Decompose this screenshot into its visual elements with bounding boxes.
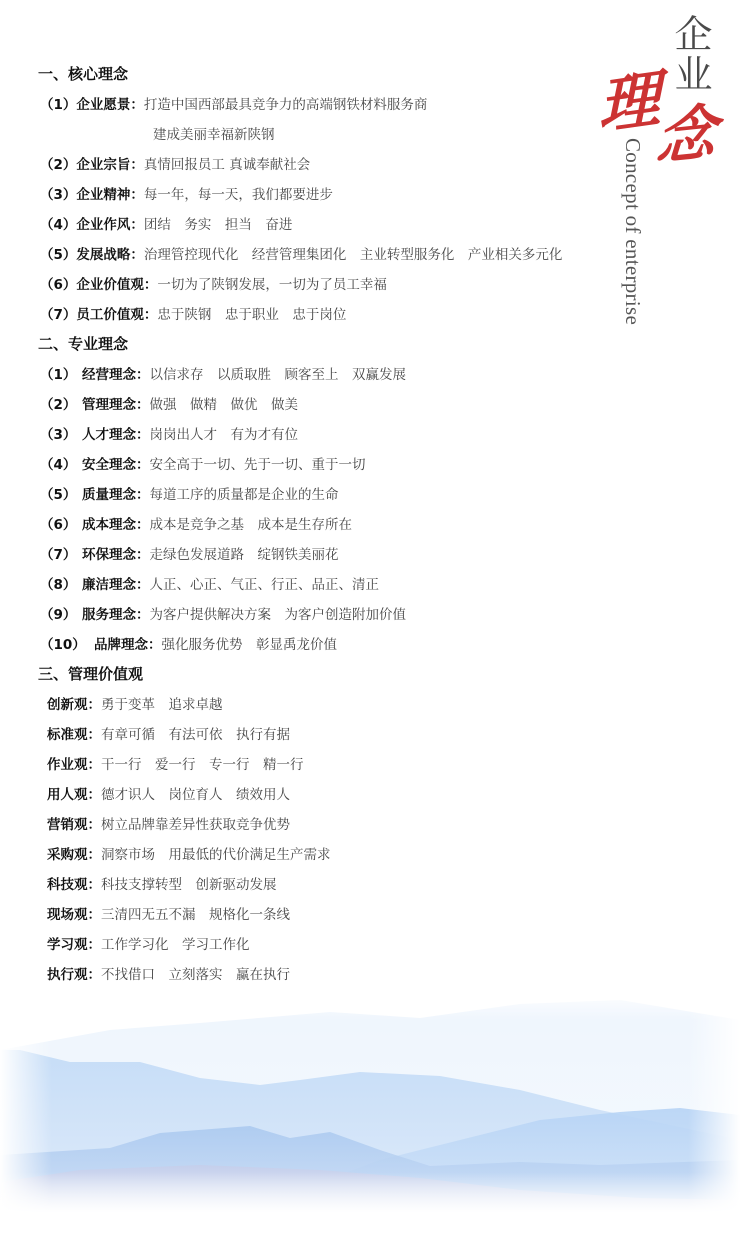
item-value: 一切为了陕钢发展，一切为了员工幸福	[157, 277, 387, 293]
mgmt-item-employment: 用人观：德才识人 岗位育人 绩效用人	[38, 780, 618, 810]
title-english: Concept of enterprise	[620, 138, 645, 325]
item-number: （5）	[40, 247, 76, 263]
item-label: 营销观：	[47, 817, 101, 833]
item-number: （1）	[40, 97, 76, 113]
item-label: 环保理念：	[82, 547, 150, 563]
item-value: 以信求存 以质取胜 顾客至上 双赢发展	[150, 367, 407, 383]
pro-item-safety: （4）安全理念：安全高于一切、先于一切、重于一切	[38, 450, 618, 480]
item-number: （1）	[40, 360, 82, 390]
item-value: 不找借口 立刻落实 赢在执行	[101, 967, 290, 983]
item-label: 科技观：	[47, 877, 101, 893]
item-value: 人正、心正、气正、行正、品正、清正	[150, 577, 380, 593]
item-number: （9）	[40, 600, 82, 630]
item-value: 安全高于一切、先于一切、重于一切	[150, 457, 366, 473]
item-value: 每道工序的质量都是企业的生命	[150, 487, 339, 503]
mgmt-item-standard: 标准观：有章可循 有法可依 执行有据	[38, 720, 618, 750]
item-label: 发展战略：	[76, 247, 144, 263]
core-item-style: （4）企业作风：团结 务实 担当 奋进	[38, 210, 618, 240]
concept-content: 一、核心理念 （1）企业愿景：打造中国西部最具竞争力的高端钢铁材料服务商 建成美…	[38, 60, 618, 990]
item-label: 管理理念：	[82, 397, 150, 413]
core-item-spirit: （3）企业精神：每一年，每一天，我们都要进步	[38, 180, 618, 210]
section-title-professional: 二、专业理念	[38, 330, 618, 360]
pro-item-management: （2）管理理念：做强 做精 做优 做美	[38, 390, 618, 420]
core-item-employee-values: （7）员工价值观：忠于陕钢 忠于职业 忠于岗位	[38, 300, 618, 330]
item-label: 执行观：	[47, 967, 101, 983]
core-item-purpose: （2）企业宗旨：真情回报员工 真诚奉献社会	[38, 150, 618, 180]
mgmt-item-technology: 科技观：科技支撑转型 创新驱动发展	[38, 870, 618, 900]
core-item-corporate-values: （6）企业价值观：一切为了陕钢发展，一切为了员工幸福	[38, 270, 618, 300]
item-label: 服务理念：	[82, 607, 150, 623]
item-label: 作业观：	[47, 757, 101, 773]
item-label: 现场观：	[47, 907, 101, 923]
mgmt-item-learning: 学习观：工作学习化 学习工作化	[38, 930, 618, 960]
item-value: 树立品牌靠差异性获取竞争优势	[101, 817, 290, 833]
item-value: 勇于变革 追求卓越	[101, 697, 223, 713]
mgmt-item-onsite: 现场观：三清四无五不漏 规格化一条线	[38, 900, 618, 930]
core-item-vision-continued: 建成美丽幸福新陕钢	[38, 120, 618, 150]
item-value: 治理管控现代化 经营管理集团化 主业转型服务化 产业相关多元化	[144, 247, 563, 263]
mgmt-item-innovation: 创新观：勇于变革 追求卓越	[38, 690, 618, 720]
item-value: 干一行 爱一行 专一行 精一行	[101, 757, 304, 773]
item-value: 团结 务实 担当 奋进	[144, 217, 293, 233]
item-value: 打造中国西部最具竞争力的高端钢铁材料服务商	[144, 97, 428, 113]
item-value: 洞察市场 用最低的代价满足生产需求	[101, 847, 331, 863]
item-label: 廉洁理念：	[82, 577, 150, 593]
item-value: 每一年，每一天，我们都要进步	[144, 187, 333, 203]
item-value: 为客户提供解决方案 为客户创造附加价值	[150, 607, 407, 623]
pro-item-quality: （5）质量理念：每道工序的质量都是企业的生命	[38, 480, 618, 510]
item-value: 走绿色发展道路 绽钢铁美丽花	[150, 547, 339, 563]
pro-item-integrity: （8）廉洁理念：人正、心正、气正、行正、品正、清正	[38, 570, 618, 600]
item-label: 企业精神：	[76, 187, 144, 203]
pro-item-talent: （3）人才理念：岗岗出人才 有为才有位	[38, 420, 618, 450]
section-title-core: 一、核心理念	[38, 60, 618, 90]
enterprise-concept-page: 企业 理 念 Concept of enterprise 一、核心理念 （1）企…	[0, 0, 740, 1243]
item-number: （3）	[40, 420, 82, 450]
item-number: （4）	[40, 450, 82, 480]
item-number: （2）	[40, 390, 82, 420]
item-label: 品牌理念：	[94, 637, 162, 653]
pro-item-service: （9）服务理念：为客户提供解决方案 为客户创造附加价值	[38, 600, 618, 630]
mgmt-item-procurement: 采购观：洞察市场 用最低的代价满足生产需求	[38, 840, 618, 870]
item-label: 企业作风：	[76, 217, 144, 233]
pro-item-business: （1）经营理念：以信求存 以质取胜 顾客至上 双赢发展	[38, 360, 618, 390]
item-value: 真情回报员工 真诚奉献社会	[144, 157, 310, 173]
item-value: 科技支撑转型 创新驱动发展	[101, 877, 277, 893]
item-number: （6）	[40, 510, 82, 540]
item-number: （4）	[40, 217, 76, 233]
pro-item-brand: （10）品牌理念：强化服务优势 彰显禹龙价值	[38, 630, 618, 660]
item-number: （7）	[40, 540, 82, 570]
mgmt-item-marketing: 营销观：树立品牌靠差异性获取竞争优势	[38, 810, 618, 840]
item-label: 学习观：	[47, 937, 101, 953]
item-value: 做强 做精 做优 做美	[150, 397, 299, 413]
item-value: 强化服务优势 彰显禹龙价值	[162, 637, 338, 653]
item-label: 用人观：	[47, 787, 101, 803]
item-label: 人才理念：	[82, 427, 150, 443]
item-value: 德才识人 岗位育人 绩效用人	[101, 787, 290, 803]
item-value: 岗岗出人才 有为才有位	[150, 427, 299, 443]
item-label: 经营理念：	[82, 367, 150, 383]
item-label: 员工价值观：	[76, 307, 157, 323]
item-number: （6）	[40, 277, 76, 293]
core-item-vision: （1）企业愿景：打造中国西部最具竞争力的高端钢铁材料服务商	[38, 90, 618, 120]
calligraphy-nian: 念	[654, 100, 718, 171]
item-label: 企业愿景：	[76, 97, 144, 113]
item-number: （3）	[40, 187, 76, 203]
item-value: 三清四无五不漏 规格化一条线	[101, 907, 290, 923]
item-label: 企业宗旨：	[76, 157, 144, 173]
mgmt-item-execution: 执行观：不找借口 立刻落实 赢在执行	[38, 960, 618, 990]
core-item-strategy: （5）发展战略：治理管控现代化 经营管理集团化 主业转型服务化 产业相关多元化	[38, 240, 618, 270]
item-number: （2）	[40, 157, 76, 173]
mountain-landscape-image	[0, 990, 740, 1243]
item-value-continuation: 建成美丽幸福新陕钢	[153, 127, 275, 143]
item-number: （10）	[40, 630, 94, 660]
item-number: （5）	[40, 480, 82, 510]
item-label: 成本理念：	[82, 517, 150, 533]
item-value: 工作学习化 学习工作化	[101, 937, 250, 953]
item-label: 标准观：	[47, 727, 101, 743]
item-label: 企业价值观：	[76, 277, 157, 293]
item-value: 成本是竞争之基 成本是生存所在	[150, 517, 353, 533]
item-label: 创新观：	[47, 697, 101, 713]
pro-item-cost: （6）成本理念：成本是竞争之基 成本是生存所在	[38, 510, 618, 540]
item-label: 采购观：	[47, 847, 101, 863]
item-label: 质量理念：	[82, 487, 150, 503]
pro-item-environment: （7）环保理念：走绿色发展道路 绽钢铁美丽花	[38, 540, 618, 570]
item-number: （8）	[40, 570, 82, 600]
item-value: 有章可循 有法可依 执行有据	[101, 727, 290, 743]
section-title-management-values: 三、管理价值观	[38, 660, 618, 690]
mgmt-item-work: 作业观：干一行 爱一行 专一行 精一行	[38, 750, 618, 780]
item-value: 忠于陕钢 忠于职业 忠于岗位	[157, 307, 346, 323]
item-label: 安全理念：	[82, 457, 150, 473]
item-number: （7）	[40, 307, 76, 323]
